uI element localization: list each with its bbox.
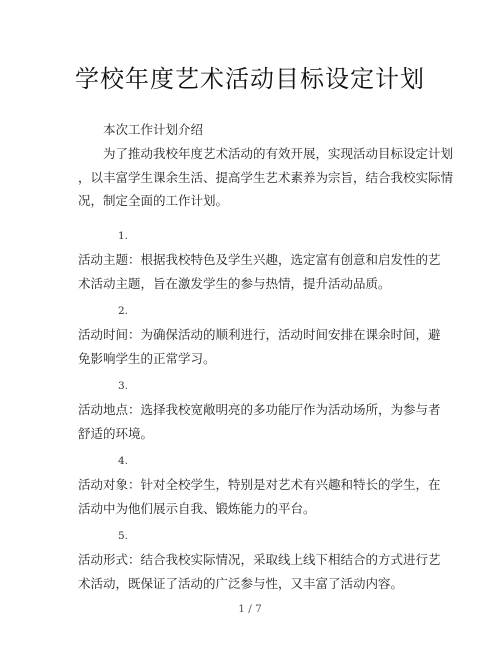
item-4-line-2: 活动中为他们展示自我、锻炼能力的平台。 xyxy=(78,501,316,517)
item-number-1: 1. xyxy=(118,229,128,243)
item-number-3: 3. xyxy=(118,379,128,393)
item-5-line-2: 术活动，既保证了活动的广泛参与性，又丰富了活动内容。 xyxy=(78,576,403,592)
item-5-line-1: 活动形式：结合我校实际情况，采取线上线下相结合的方式进行艺 xyxy=(78,552,441,568)
item-2-line-1: 活动时间：为确保活动的顺利进行，活动时间安排在课余时间，避 xyxy=(78,327,441,343)
intro-heading: 本次工作计划介绍 xyxy=(103,122,203,138)
document-title: 学校年度艺术活动目标设定计划 xyxy=(0,64,500,94)
item-number-2: 2. xyxy=(118,304,128,318)
item-3-line-1: 活动地点：选择我校宽敞明亮的多功能厅作为活动场所，为参与者 xyxy=(78,402,441,418)
item-4-line-1: 活动对象：针对全校学生，特别是对艺术有兴趣和特长的学生，在 xyxy=(78,477,441,493)
item-number-5: 5. xyxy=(118,529,128,543)
intro-line-2: ，以丰富学生课余生活、提高学生艺术素养为宗旨，结合我校实际情 xyxy=(78,170,453,186)
intro-line-3: 况，制定全面的工作计划。 xyxy=(78,193,228,209)
item-number-4: 4. xyxy=(118,454,128,468)
item-1-line-1: 活动主题：根据我校特色及学生兴趣，选定富有创意和启发性的艺 xyxy=(78,252,441,268)
item-2-line-2: 免影响学生的正常学习。 xyxy=(78,351,216,367)
document-page: 学校年度艺术活动目标设定计划 本次工作计划介绍 为了推动我校年度艺术活动的有效开… xyxy=(0,0,500,647)
item-1-line-2: 术活动主题，旨在激发学生的参与热情，提升活动品质。 xyxy=(78,276,391,292)
intro-line-1: 为了推动我校年度艺术活动的有效开展，实现活动目标设定计划 xyxy=(103,146,453,162)
item-3-line-2: 舒适的环境。 xyxy=(78,426,153,442)
page-indicator: 1 / 7 xyxy=(0,603,500,615)
